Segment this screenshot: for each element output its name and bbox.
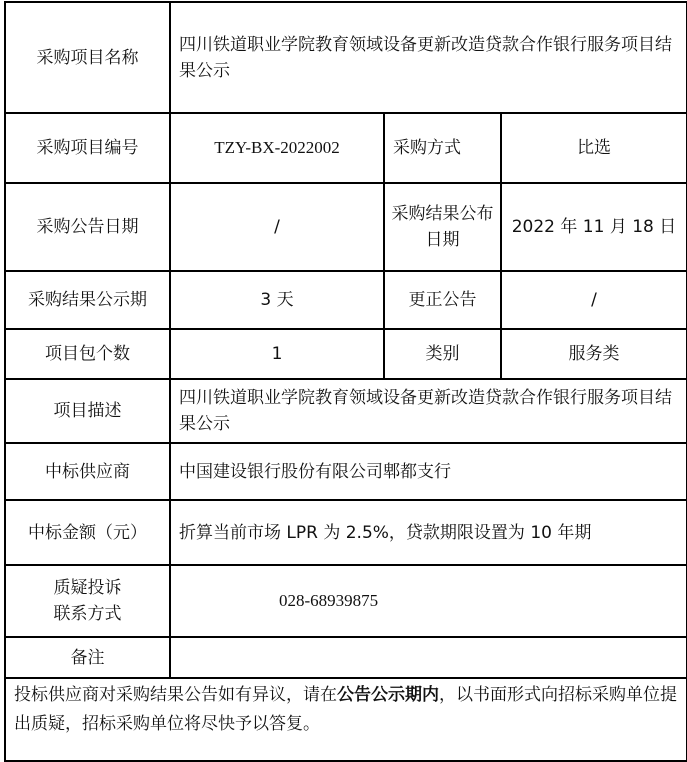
value-correction: / (501, 271, 687, 329)
label-amount: 中标金额（元） (5, 500, 170, 565)
row-package: 项目包个数 1 类别 服务类 (5, 329, 687, 379)
label-correction: 更正公告 (384, 271, 501, 329)
note-text-before: 投标供应商对采购结果公告如有异议，请在 (14, 685, 337, 705)
value-publicity-period: 3 天 (170, 271, 384, 329)
value-package-count: 1 (170, 329, 384, 379)
label-description: 项目描述 (5, 379, 170, 443)
row-remarks: 备注 (5, 637, 687, 678)
row-dates: 采购公告日期 / 采购结果公布日期 2022 年 11 月 18 日 (5, 183, 687, 271)
row-contact: 质疑投诉联系方式 028-68939875 (5, 565, 687, 637)
label-package-count: 项目包个数 (5, 329, 170, 379)
value-result-date: 2022 年 11 月 18 日 (501, 183, 687, 271)
row-project-code: 采购项目编号 TZY-BX-2022002 采购方式 比选 (5, 113, 687, 183)
procurement-result-table: 采购项目名称 四川铁道职业学院教育领域设备更新改造贷款合作银行服务项目结果公示 … (4, 1, 687, 762)
value-category: 服务类 (501, 329, 687, 379)
label-remarks: 备注 (5, 637, 170, 678)
value-description: 四川铁道职业学院教育领域设备更新改造贷款合作银行服务项目结果公示 (170, 379, 687, 443)
value-remarks (170, 637, 687, 678)
row-description: 项目描述 四川铁道职业学院教育领域设备更新改造贷款合作银行服务项目结果公示 (5, 379, 687, 443)
row-project-name: 采购项目名称 四川铁道职业学院教育领域设备更新改造贷款合作银行服务项目结果公示 (5, 2, 687, 113)
label-project-name: 采购项目名称 (5, 2, 170, 113)
value-procurement-method: 比选 (501, 113, 687, 183)
value-project-name: 四川铁道职业学院教育领域设备更新改造贷款合作银行服务项目结果公示 (170, 2, 687, 113)
label-publicity-period: 采购结果公示期 (5, 271, 170, 329)
row-winner: 中标供应商 中国建设银行股份有限公司郫都支行 (5, 443, 687, 500)
label-category: 类别 (384, 329, 501, 379)
row-note: 投标供应商对采购结果公告如有异议，请在公告公示期内，以书面形式向招标采购单位提出… (5, 678, 687, 761)
objection-note: 投标供应商对采购结果公告如有异议，请在公告公示期内，以书面形式向招标采购单位提出… (5, 678, 687, 761)
value-project-code: TZY-BX-2022002 (170, 113, 384, 183)
value-announce-date: / (170, 183, 384, 271)
row-amount: 中标金额（元） 折算当前市场 LPR 为 2.5%，贷款期限设置为 10 年期 (5, 500, 687, 565)
value-winner: 中国建设银行股份有限公司郫都支行 (170, 443, 687, 500)
value-amount: 折算当前市场 LPR 为 2.5%，贷款期限设置为 10 年期 (170, 500, 687, 565)
label-procurement-method: 采购方式 (384, 113, 501, 183)
label-winner: 中标供应商 (5, 443, 170, 500)
label-contact: 质疑投诉联系方式 (5, 565, 170, 637)
label-result-date: 采购结果公布日期 (384, 183, 501, 271)
note-text-bold: 公告公示期内 (337, 685, 439, 705)
label-announce-date: 采购公告日期 (5, 183, 170, 271)
label-project-code: 采购项目编号 (5, 113, 170, 183)
value-contact: 028-68939875 (170, 565, 687, 637)
row-publicity: 采购结果公示期 3 天 更正公告 / (5, 271, 687, 329)
